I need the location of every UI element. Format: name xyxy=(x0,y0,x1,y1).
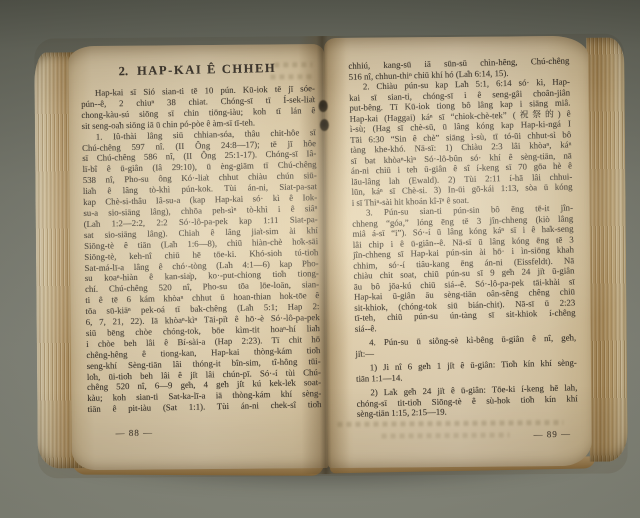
book: 2.HAP-KAI Ê CHHEH Hap-kai sī Sió sian-ti… xyxy=(34,33,628,478)
right-page-body: chhiú, kang-sū iā sūn-sū chìn-hêng, Chú-… xyxy=(348,55,578,419)
right-page-text: chhiú, kang-sū iā sūn-sū chìn-hêng, Chú-… xyxy=(348,55,578,419)
right-fore-edge-pages xyxy=(586,37,628,461)
right-page-number: — 89 — xyxy=(533,429,571,440)
left-page-number: — 88 — xyxy=(115,427,153,438)
chapter-number: 2. xyxy=(118,64,128,78)
binding-mark xyxy=(319,100,328,112)
left-page-body: Hap-kai sī Sió sian-ti tē 10 pún. Kū-iok… xyxy=(81,83,322,415)
left-page-text: 2.HAP-KAI Ê CHHEH Hap-kai sī Sió sian-ti… xyxy=(80,60,321,415)
binding-mark xyxy=(320,119,329,131)
open-book-photo: 2.HAP-KAI Ê CHHEH Hap-kai sī Sió sian-ti… xyxy=(0,0,640,518)
chapter-title: HAP-KAI Ê CHHEH xyxy=(137,61,277,78)
